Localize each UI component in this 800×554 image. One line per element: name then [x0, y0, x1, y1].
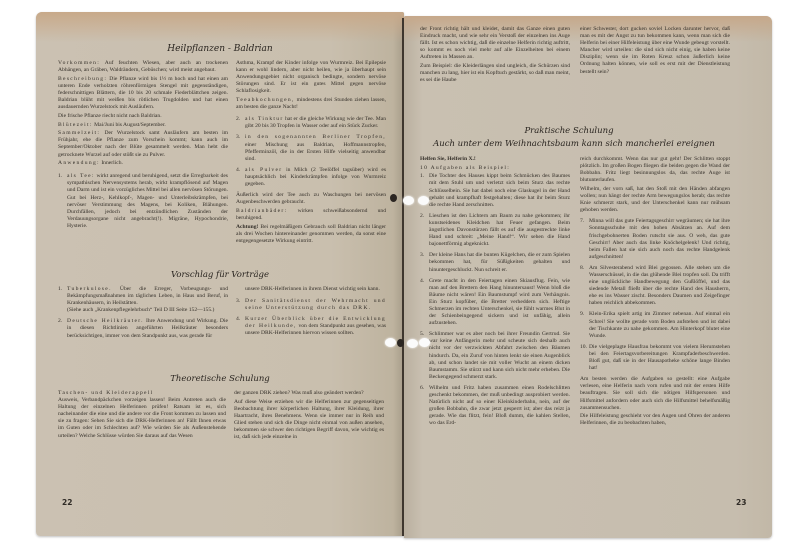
binding-hole	[407, 339, 418, 348]
intro-col-1: der Front richtig hält und kleidet, dami…	[420, 26, 570, 86]
paragraph: Die Hilfeleistung geschieht vor den Auge…	[580, 413, 730, 427]
right-page: der Front richtig hält und kleidet, dami…	[404, 16, 772, 538]
list-item: 1.Die Tochter des Hauses kippt beim Schm…	[420, 173, 570, 208]
paragraph: Am besten werden die Aufgaben so gestell…	[580, 376, 730, 411]
baldrian-col-1: Vorkommen: Auf feuchten Wiesen, aber auc…	[58, 60, 228, 234]
list-item: 3.Der kleine Hans hat die bunten Kügelch…	[420, 252, 570, 273]
list-item: 10.Die vielgeplagte Hausfrau bekommt von…	[580, 344, 730, 372]
list-item: 3.in den sogenannten Berliner Tropfen, e…	[236, 134, 386, 162]
list-item: 8.Am Silvesterabend wird Blei gegossen. …	[580, 265, 730, 308]
page-number-left: 22	[62, 498, 72, 507]
list-item: 2.als Tinktur hat er die gleiche Wirkung…	[236, 116, 386, 130]
heading-theoretische-schulung: Theoretische Schulung	[36, 374, 404, 384]
binding-hole	[390, 194, 397, 202]
binding-hole	[419, 338, 430, 347]
paragraph: Auf diese Weise erziehen wir die Helferi…	[234, 399, 384, 442]
paragraph: Sammelzeit: Der Wurzelstock samt Ausläuf…	[58, 130, 228, 158]
paragraph: Vorkommen: Auf feuchten Wiesen, aber auc…	[58, 60, 228, 74]
list-item: 7.Minna will das gute Feiertagsgeschirr …	[580, 218, 730, 261]
paragraph: einer Schwester, dort gucken soviel Lock…	[580, 26, 730, 76]
tasks-label: 10 Aufgaben als Beispiel:	[420, 165, 570, 172]
paragraph: Beschreibung: Die Pflanze wird bis 1½ m …	[58, 76, 228, 111]
book-spine	[402, 18, 404, 536]
binding-hole	[403, 196, 414, 205]
list-item: 1. als Tee: wirkt anregend und beruhigen…	[58, 173, 228, 230]
binding-hole	[385, 338, 396, 347]
subheading-weihnachtsbaum: Auch unter dem Weihnachtsbaum kann sich …	[404, 139, 744, 149]
paragraph: Teeabkochungen, mindestens drei Stunden …	[236, 97, 386, 111]
list-item: 4.Kurzer Überblick über die Entwicklung …	[236, 316, 386, 337]
heading-heilpflanzen: Heilpflanzen - Baldrian	[36, 44, 404, 54]
list-item: 2.Lieschen ist den Lichtern am Baum zu n…	[420, 213, 570, 248]
paragraph: Äußerlich wird der Tee auch zu Waschunge…	[236, 192, 386, 206]
baldrian-col-2: Asthma, Krampf der Kinder infolge von Wu…	[236, 60, 386, 247]
paragraph: Die frische Pflanze riecht nicht nach Ba…	[58, 113, 228, 120]
list-item: 4.Grete macht in den Feiertagen einen Sk…	[420, 278, 570, 328]
list-item: 3.Der Sanitätsdienst der Wehrmacht und s…	[236, 298, 386, 312]
list-item: 9.Klein-Erika spielt artig im Zimmer neb…	[580, 311, 730, 339]
aufgaben-col-2: reich durchkommt. Wenn das nur gut geht!…	[580, 156, 730, 429]
list-item: 2.Deutsche Heilkräuter. Ihre Anwendung u…	[58, 318, 228, 339]
schulung-col-2: der ganzen DRK ziehen? Was muß also geän…	[234, 390, 384, 443]
vortraege-col-2: unsere DRK-Helferinnen in ihrem Dienst w…	[236, 286, 386, 342]
paragraph: Anwendung: Innerlich.	[58, 160, 228, 167]
page-number-right: 23	[736, 498, 746, 507]
heading-vortraege: Vorschlag für Vorträge	[36, 270, 404, 280]
paragraph: Baldrianbäder: wirken schweißabsondernd …	[236, 208, 386, 222]
left-page: Heilpflanzen - Baldrian Vorkommen: Auf f…	[36, 12, 404, 536]
greeting: Helfen Sie, Helferin X.!	[420, 156, 570, 163]
paragraph: Zum Beispiel: die Kleiderlängen sind ung…	[420, 63, 570, 84]
list-item: 6.Wilhelm und Fritz haben zusammen einen…	[420, 385, 570, 428]
list-item: 5.Schlimmer war es aber noch bei ihrer F…	[420, 331, 570, 381]
paragraph: der ganzen DRK ziehen? Was muß also geän…	[234, 390, 384, 397]
paragraph: Asthma, Krampf der Kinder infolge von Wu…	[236, 60, 386, 95]
paragraph: reich durchkommt. Wenn das nur gut geht!…	[580, 156, 730, 184]
intro-col-2: einer Schwester, dort gucken soviel Lock…	[580, 26, 730, 77]
binding-hole	[418, 196, 429, 205]
binding-hole	[397, 339, 404, 347]
paragraph: Blütezeit: Mai/Juni bis August/September…	[58, 122, 228, 129]
schulung-col-1: Taschen- und KleiderappellAusweis, Verba…	[58, 390, 226, 441]
list-item: 1.Tuberkulose. Über die Erreger, Vorbeug…	[58, 286, 228, 314]
paragraph: Taschen- und KleiderappellAusweis, Verba…	[58, 390, 226, 440]
paragraph: Achtung! Bei regelmäßigem Gebrauch soll …	[236, 224, 386, 245]
aufgaben-col-1: Helfen Sie, Helferin X.! 10 Aufgaben als…	[420, 156, 570, 431]
list-item: 4.als Pulver in Milch (2 Teelöffel tagsü…	[236, 167, 386, 188]
paragraph: unsere DRK-Helferinnen in ihrem Dienst w…	[236, 286, 386, 293]
vortraege-col-1: 1.Tuberkulose. Über die Erreger, Vorbeug…	[58, 286, 228, 344]
paragraph: der Front richtig hält und kleidet, dami…	[420, 26, 570, 61]
heading-praktische-schulung: Praktische Schulung	[404, 126, 734, 136]
paragraph: Wilhelm, der vorn saß, hat den Stoß mit …	[580, 186, 730, 214]
